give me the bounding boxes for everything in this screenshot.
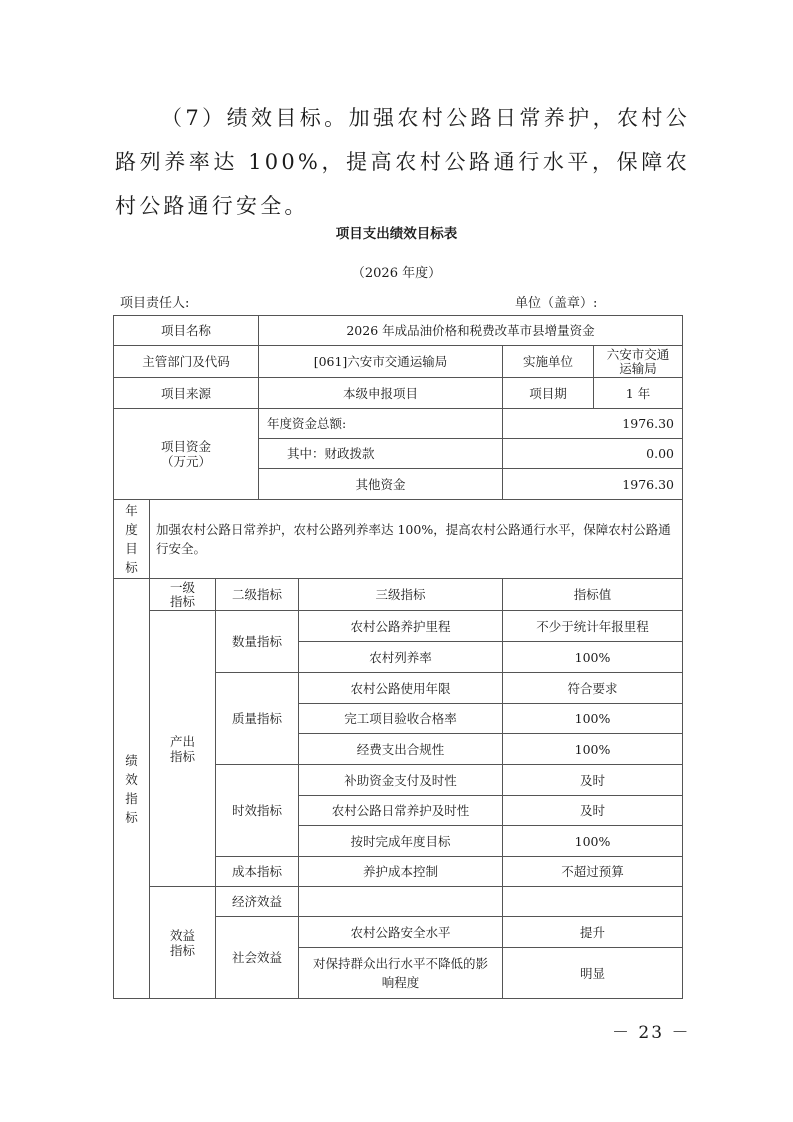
level2-timeliness: 时效指标 xyxy=(216,765,299,857)
level3-cell xyxy=(299,887,503,917)
level1-output: 产出指标 xyxy=(150,611,216,887)
funds-total-value: 1976.30 xyxy=(503,409,683,439)
table-row: 效益指标 经济效益 xyxy=(114,887,683,917)
level3-cell: 养护成本控制 xyxy=(299,857,503,887)
table-row: 绩效指标 一级指标 二级指标 三级指标 指标值 xyxy=(114,579,683,611)
level3-cell: 完工项目验收合格率 xyxy=(299,704,503,734)
source-value: 本级申报项目 xyxy=(259,378,503,409)
table-row: 产出指标 数量指标 农村公路养护里程 不少于统计年报里程 xyxy=(114,611,683,642)
funds-label-cell: 项目资金 （万元） xyxy=(114,409,259,500)
funds-fiscal-value: 0.00 xyxy=(503,439,683,469)
source-label: 项目来源 xyxy=(114,378,259,409)
value-cell: 提升 xyxy=(503,917,683,948)
value-cell: 100% xyxy=(503,642,683,673)
funds-total-label: 年度资金总额: xyxy=(259,409,503,439)
level3-cell: 农村公路使用年限 xyxy=(299,673,503,704)
year-label: （2026 年度） xyxy=(0,262,793,281)
level3-cell: 按时完成年度目标 xyxy=(299,826,503,857)
table-title: 项目支出绩效目标表 xyxy=(0,222,793,242)
value-cell: 符合要求 xyxy=(503,673,683,704)
header-level1: 一级指标 xyxy=(150,579,216,611)
funds-other-label: 其他资金 xyxy=(259,469,503,500)
level3-cell: 农村列养率 xyxy=(299,642,503,673)
funds-label: 项目资金 xyxy=(114,439,258,454)
level3-cell: 农村公路养护里程 xyxy=(299,611,503,642)
indicators-section-label-text: 绩效指标 xyxy=(114,751,149,827)
level1-benefit: 效益指标 xyxy=(150,887,216,999)
project-name-label: 项目名称 xyxy=(114,316,259,346)
header-value: 指标值 xyxy=(503,579,683,611)
level2-cost: 成本指标 xyxy=(216,857,299,887)
period-label: 项目期 xyxy=(503,378,594,409)
table-row: 项目名称 2026 年成品油价格和税费改革市县增量资金 xyxy=(114,316,683,346)
indicators-section-label: 绩效指标 xyxy=(114,579,150,999)
level3-cell: 对保持群众出行水平不降低的影响程度 xyxy=(299,948,503,999)
performance-target-table: 项目名称 2026 年成品油价格和税费改革市县增量资金 主管部门及代码 [061… xyxy=(113,315,683,999)
dept-label: 主管部门及代码 xyxy=(114,346,259,378)
level2-economic: 经济效益 xyxy=(216,887,299,917)
table-row: 主管部门及代码 [061]六安市交通运输局 实施单位 六安市交通运输局 xyxy=(114,346,683,378)
responsible-person-label: 项目责任人: xyxy=(120,292,189,311)
header-level3: 三级指标 xyxy=(299,579,503,611)
impl-unit-value: 六安市交通运输局 xyxy=(594,346,683,378)
value-cell: 及时 xyxy=(503,796,683,826)
dept-value: [061]六安市交通运输局 xyxy=(259,346,503,378)
annual-goal-label: 年度目标 xyxy=(114,500,150,579)
funds-unit: （万元） xyxy=(114,454,258,469)
impl-unit-label: 实施单位 xyxy=(503,346,594,378)
level2-social: 社会效益 xyxy=(216,917,299,999)
value-cell xyxy=(503,887,683,917)
table-row: 年度目标 加强农村公路日常养护，农村公路列养率达 100%，提高农村公路通行水平… xyxy=(114,500,683,579)
project-name-value: 2026 年成品油价格和税费改革市县增量资金 xyxy=(259,316,683,346)
annual-goal-label-text: 年度目标 xyxy=(114,501,149,577)
table-row: 项目来源 本级申报项目 项目期 1 年 xyxy=(114,378,683,409)
performance-goal-paragraph: （7）绩效目标。加强农村公路日常养护，农村公路列养率达 100%，提高农村公路通… xyxy=(115,96,690,228)
value-cell: 不超过预算 xyxy=(503,857,683,887)
value-cell: 及时 xyxy=(503,765,683,796)
page-number: － 23 － xyxy=(612,1018,690,1043)
annual-goal-text: 加强农村公路日常养护，农村公路列养率达 100%，提高农村公路通行水平，保障农村… xyxy=(150,500,683,579)
level3-cell: 补助资金支付及时性 xyxy=(299,765,503,796)
level2-quality: 质量指标 xyxy=(216,673,299,765)
level3-cell: 农村公路日常养护及时性 xyxy=(299,796,503,826)
value-cell: 不少于统计年报里程 xyxy=(503,611,683,642)
level3-cell: 经费支出合规性 xyxy=(299,734,503,765)
level3-cell: 农村公路安全水平 xyxy=(299,917,503,948)
level2-quantity: 数量指标 xyxy=(216,611,299,673)
table-row: 项目资金 （万元） 年度资金总额: 1976.30 xyxy=(114,409,683,439)
funds-fiscal-label: 其中：财政拨款 xyxy=(259,439,503,469)
value-cell: 明显 xyxy=(503,948,683,999)
value-cell: 100% xyxy=(503,704,683,734)
period-value: 1 年 xyxy=(594,378,683,409)
value-cell: 100% xyxy=(503,826,683,857)
header-level2: 二级指标 xyxy=(216,579,299,611)
value-cell: 100% xyxy=(503,734,683,765)
unit-seal-label: 单位（盖章）: xyxy=(515,292,597,311)
funds-other-value: 1976.30 xyxy=(503,469,683,500)
